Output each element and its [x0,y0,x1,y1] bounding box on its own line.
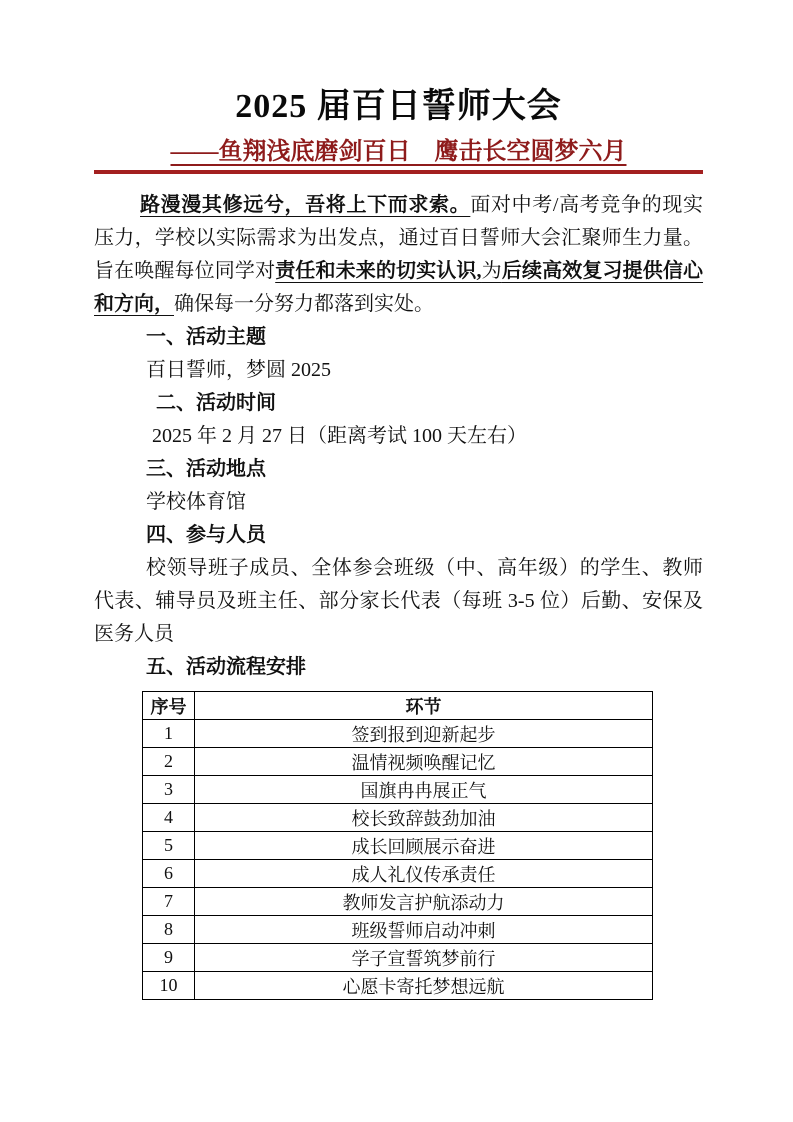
table-row: 2温情视频唤醒记忆 [143,748,653,776]
red-rule [94,170,703,174]
table-row: 6成人礼仪传承责任 [143,860,653,888]
cell-index: 10 [143,972,195,1000]
intro-segment: 确保每一分努力都落到实处。 [174,293,434,315]
table-row: 9学子宣誓筑梦前行 [143,944,653,972]
section-heading-participants: 四、参与人员 [94,519,703,552]
section-heading-place: 三、活动地点 [94,453,703,486]
document-page: 2025 届百日誓师大会 ——鱼翔浅底磨剑百日 鹰击长空圆梦六月 路漫漫其修远兮… [0,0,793,1122]
section-schedule: 五、活动流程安排 [94,651,703,684]
table-row: 7教师发言护航添动力 [143,888,653,916]
document-content: 2025 届百日誓师大会 ——鱼翔浅底磨剑百日 鹰击长空圆梦六月 路漫漫其修远兮… [0,0,793,1000]
table-row: 10心愿卡寄托梦想远航 [143,972,653,1000]
cell-stage: 班级誓师启动冲刺 [195,916,653,944]
cell-stage: 学子宣誓筑梦前行 [195,944,653,972]
cell-index: 2 [143,748,195,776]
cell-index: 6 [143,860,195,888]
cell-index: 7 [143,888,195,916]
table-row: 4校长致辞鼓劲加油 [143,804,653,832]
section-body-theme: 百日誓师，梦圆 2025 [94,354,703,387]
cell-stage: 成人礼仪传承责任 [195,860,653,888]
section-time: 二、活动时间 2025 年 2 月 27 日（距离考试 100 天左右） [94,387,703,453]
cell-stage: 校长致辞鼓劲加油 [195,804,653,832]
table-row: 1签到报到迎新起步 [143,720,653,748]
section-participants: 四、参与人员 校领导班子成员、全体参会班级（中、高年级）的学生、教师代表、辅导员… [94,519,703,651]
cell-stage: 温情视频唤醒记忆 [195,748,653,776]
section-heading-time: 二、活动时间 [94,387,703,420]
cell-index: 5 [143,832,195,860]
table-row: 5成长回顾展示奋进 [143,832,653,860]
section-heading-schedule: 五、活动流程安排 [94,651,703,684]
page-title: 2025 届百日誓师大会 [94,84,703,130]
section-theme: 一、活动主题 百日誓师，梦圆 2025 [94,321,703,387]
table-header-row: 序号 环节 [143,692,653,720]
cell-stage: 心愿卡寄托梦想远航 [195,972,653,1000]
cell-stage: 国旗冉冉展正气 [195,776,653,804]
cell-stage: 成长回顾展示奋进 [195,832,653,860]
section-body-place: 学校体育馆 [94,486,703,519]
cell-index: 1 [143,720,195,748]
section-heading-theme: 一、活动主题 [94,321,703,354]
intro-segment: 为 [482,260,502,282]
intro-paragraph: 路漫漫其修远兮，吾将上下而求索。面对中考/高考竞争的现实压力，学校以实际需求为出… [94,189,703,321]
cell-index: 9 [143,944,195,972]
table-row: 3国旗冉冉展正气 [143,776,653,804]
schedule-table: 序号 环节 1签到报到迎新起步2温情视频唤醒记忆3国旗冉冉展正气4校长致辞鼓劲加… [142,691,653,1000]
cell-index: 3 [143,776,195,804]
section-place: 三、活动地点 学校体育馆 [94,453,703,519]
cell-stage: 签到报到迎新起步 [195,720,653,748]
header-cell-index: 序号 [143,692,195,720]
table-row: 8班级誓师启动冲刺 [143,916,653,944]
section-body-participants: 校领导班子成员、全体参会班级（中、高年级）的学生、教师代表、辅导员及班主任、部分… [94,552,703,651]
section-body-time: 2025 年 2 月 27 日（距离考试 100 天左右） [94,420,703,453]
header-cell-stage: 环节 [195,692,653,720]
doc-subtitle: ——鱼翔浅底磨剑百日 鹰击长空圆梦六月 [94,136,703,169]
cell-stage: 教师发言护航添动力 [195,888,653,916]
intro-segment: 责任和未来的切实认识, [275,260,481,282]
cell-index: 8 [143,916,195,944]
schedule-table-body: 1签到报到迎新起步2温情视频唤醒记忆3国旗冉冉展正气4校长致辞鼓劲加油5成长回顾… [143,720,653,1000]
intro-segment: 路漫漫其修远兮，吾将上下而求索。 [140,194,470,216]
doc-subtitle-text: ——鱼翔浅底磨剑百日 鹰击长空圆梦六月 [171,139,627,165]
cell-index: 4 [143,804,195,832]
